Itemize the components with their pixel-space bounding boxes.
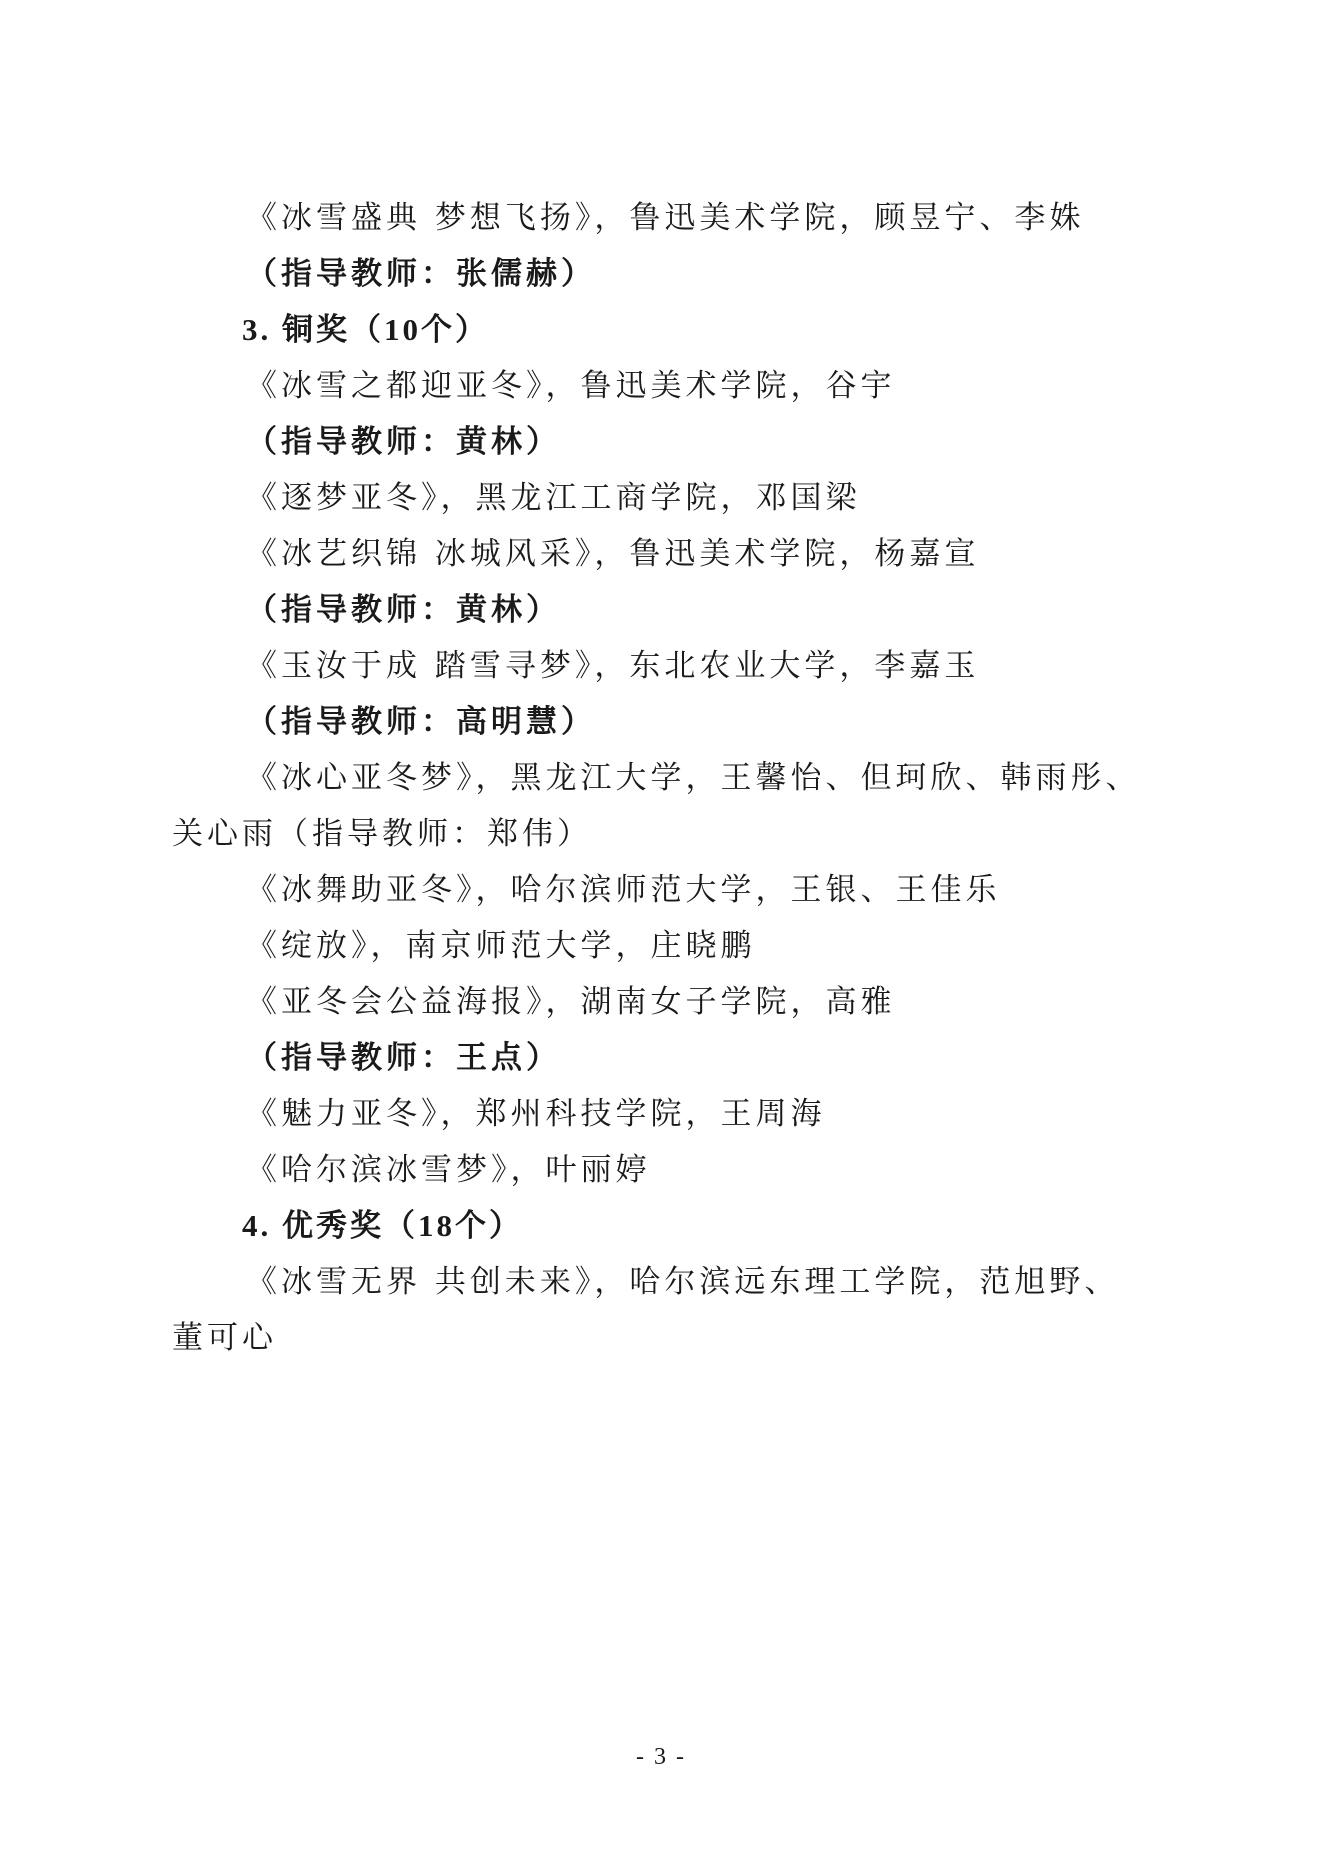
advisor-note: （指导教师：王点）: [246, 1038, 561, 1078]
award-entry: 《哈尔滨冰雪梦》，叶丽婷: [246, 1150, 651, 1190]
award-entry: 《冰舞助亚冬》，哈尔滨师范大学，王银、王佳乐: [246, 870, 1001, 910]
award-entry: 《魅力亚冬》，郑州科技学院，王周海: [246, 1094, 826, 1134]
advisor-note: （指导教师：高明慧）: [246, 702, 596, 742]
award-entry: 《逐梦亚冬》，黑龙江工商学院，邓国梁: [246, 478, 861, 518]
award-entry: 《冰艺织锦 冰城风采》，鲁迅美术学院，杨嘉宣: [246, 534, 979, 574]
section-heading-excellence: 4. 优秀奖（18个）: [242, 1206, 523, 1246]
page-number: - 3 -: [0, 1744, 1322, 1771]
award-entry-continuation: 关心雨（指导教师：郑伟）: [172, 814, 592, 854]
award-entry: 《冰雪之都迎亚冬》，鲁迅美术学院，谷宇: [246, 366, 896, 406]
section-heading-bronze: 3. 铜奖（10个）: [242, 310, 489, 350]
advisor-note: （指导教师：黄林）: [246, 590, 561, 630]
document-page: 《冰雪盛典 梦想飞扬》，鲁迅美术学院，顾昱宁、李姝 （指导教师：张儒赫） 3. …: [0, 0, 1322, 1870]
award-entry: 《亚冬会公益海报》，湖南女子学院，高雅: [246, 982, 896, 1022]
award-entry: 《冰雪无界 共创未来》，哈尔滨远东理工学院，范旭野、: [246, 1262, 1119, 1302]
award-entry: 《玉汝于成 踏雪寻梦》，东北农业大学，李嘉玉: [246, 646, 979, 686]
advisor-note: （指导教师：张儒赫）: [246, 254, 596, 294]
award-entry: 《冰心亚冬梦》，黑龙江大学，王馨怡、但珂欣、韩雨彤、: [246, 758, 1141, 798]
award-entry-continuation: 董可心: [172, 1318, 277, 1358]
award-entry: 《绽放》，南京师范大学，庄晓鹏: [246, 926, 756, 966]
award-entry: 《冰雪盛典 梦想飞扬》，鲁迅美术学院，顾昱宁、李姝: [246, 198, 1084, 238]
advisor-note: （指导教师：黄林）: [246, 422, 561, 462]
